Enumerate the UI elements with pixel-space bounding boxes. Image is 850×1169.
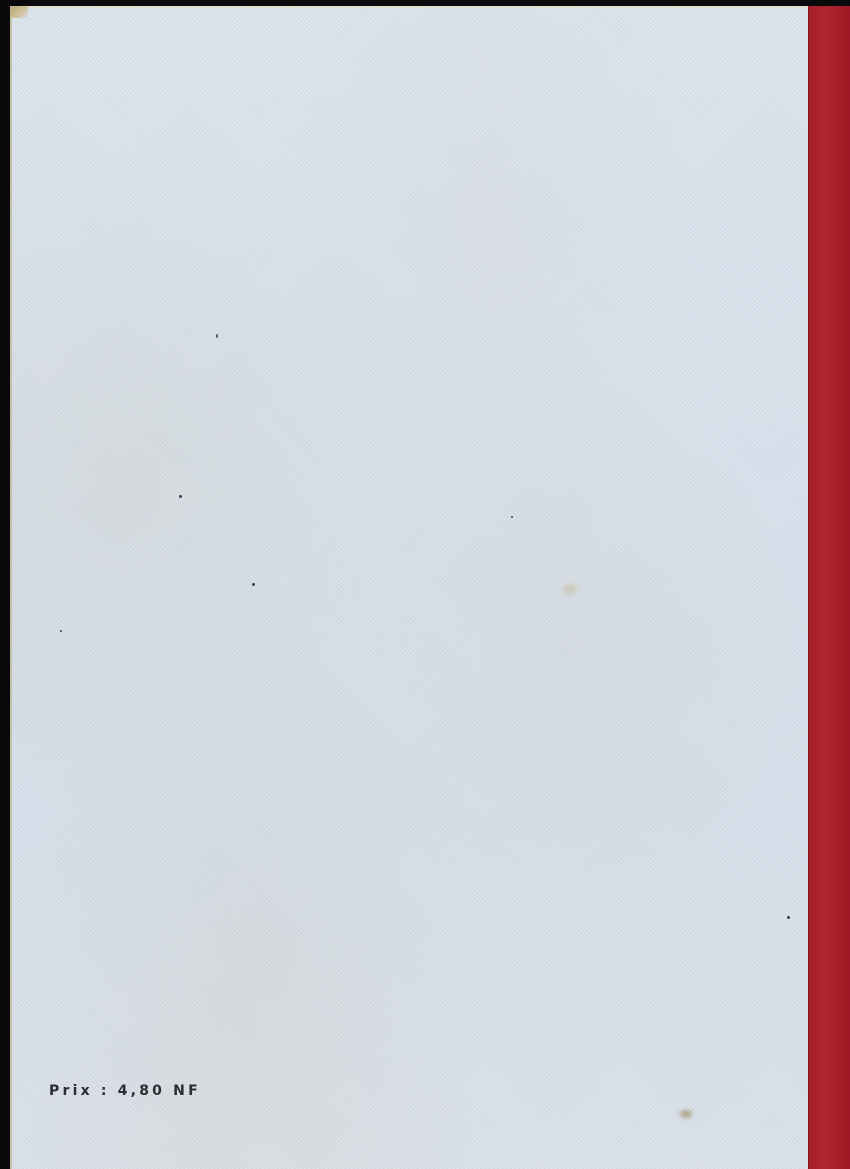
paper-speck <box>787 916 790 919</box>
worn-corner <box>10 6 28 18</box>
scanned-book-back-cover: Prix : 4,80 NF <box>0 0 850 1169</box>
price-label: Prix : 4,80 NF <box>49 1083 201 1099</box>
paper-speck <box>252 583 255 586</box>
back-cover-board <box>10 6 808 1169</box>
paper-speck <box>60 630 62 632</box>
paper-speck <box>179 495 182 498</box>
red-cloth-spine <box>808 6 850 1169</box>
paper-speck <box>216 334 218 338</box>
paper-stain <box>680 1110 692 1118</box>
paper-speck <box>511 516 513 518</box>
paper-stain <box>563 584 577 594</box>
